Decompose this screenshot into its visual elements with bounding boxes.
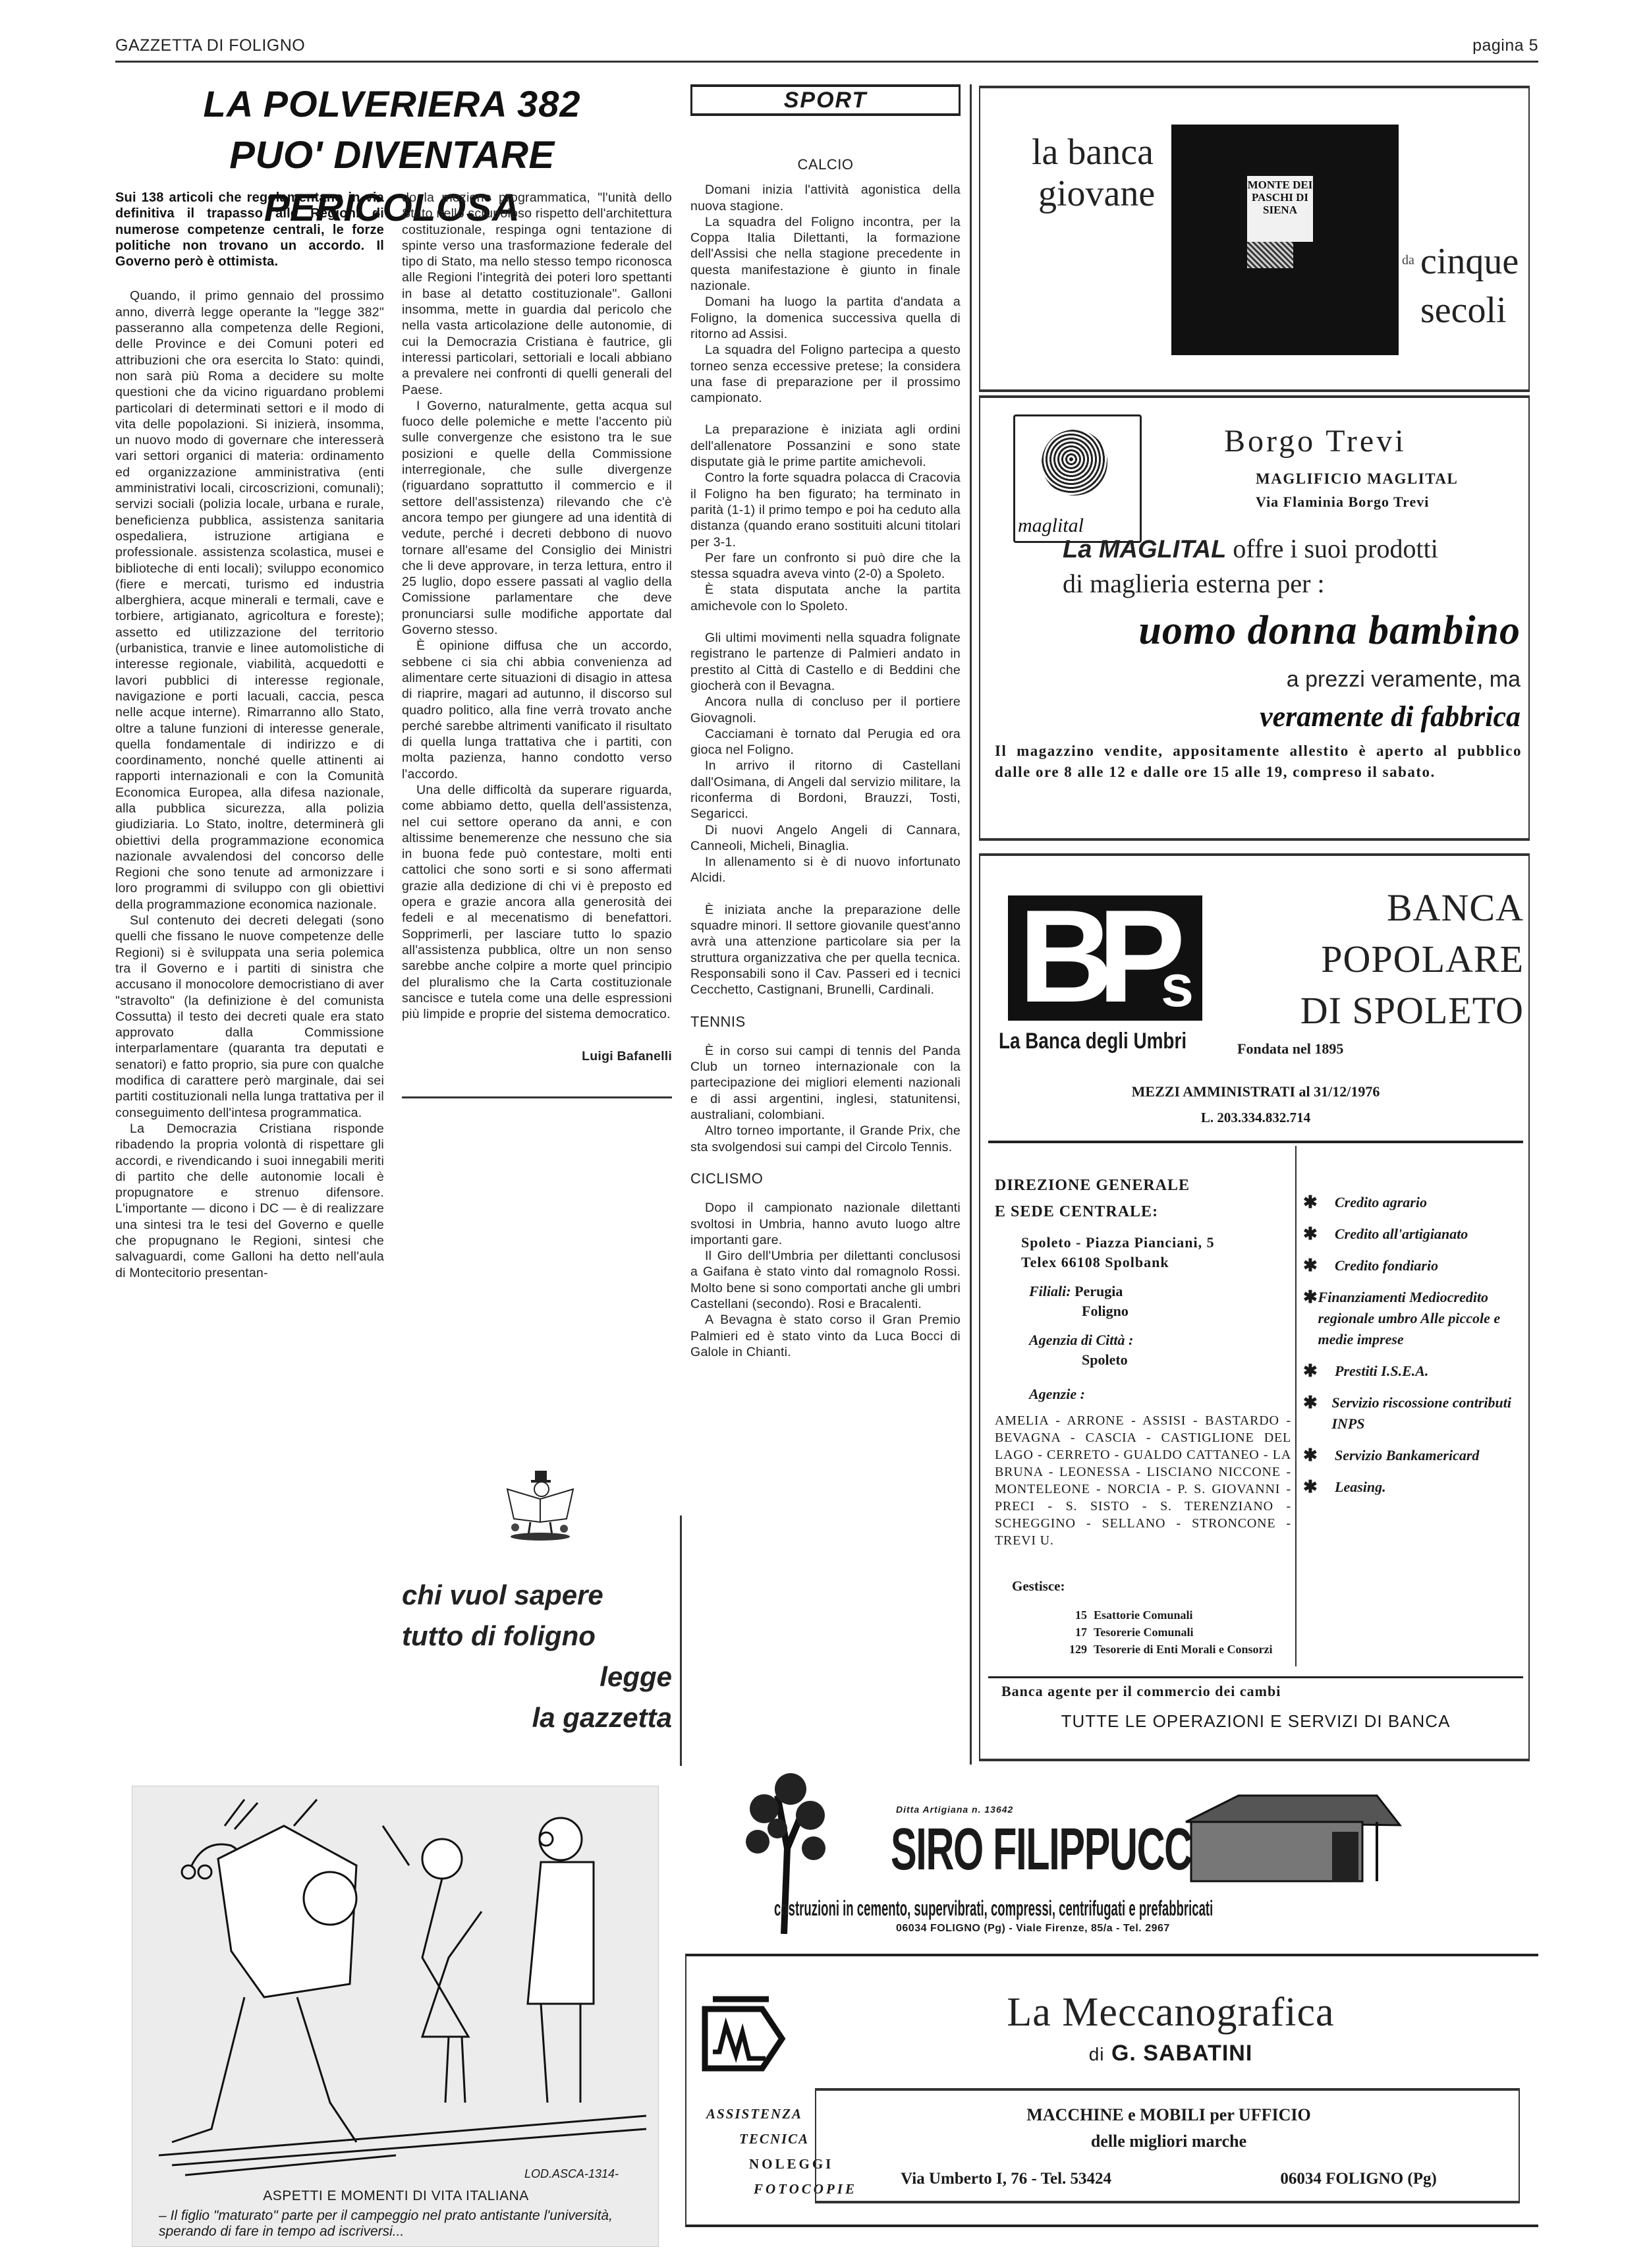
- bps-assets-label: MEZZI AMMINISTRATI al 31/12/1976: [980, 1083, 1531, 1100]
- bps-agency-towns: AMELIA - ARRONE - ASSISI - BASTARDO - BE…: [995, 1412, 1291, 1549]
- bps-hq-address: Spoleto - Piazza Pianciani, 5 Telex 6610…: [995, 1233, 1291, 1272]
- promo-slogan: chi vuol sapere tutto di foligno legge l…: [402, 1575, 672, 1738]
- newspaper-reader-icon: [501, 1469, 580, 1542]
- bps-name-line-3: DI SPOLETO: [1270, 985, 1524, 1036]
- publication-name: GAZZETTA DI FOLIGNO: [115, 36, 305, 63]
- article-author: Luigi Bafanelli: [402, 1048, 672, 1064]
- sport-paragraph: In allenamento si è di nuovo infortunato…: [690, 854, 961, 886]
- column-divider: [680, 1516, 682, 1766]
- mps-line-3: cinque: [1420, 237, 1519, 286]
- bps-rule: [988, 1676, 1523, 1678]
- bps-founded: Fondata nel 1895: [1237, 1040, 1343, 1058]
- sport-paragraph: Cacciamani è tornato dal Perugia ed ora …: [690, 726, 961, 758]
- sport-paragraph: In arrivo il ritorno di Castellani dall'…: [690, 758, 961, 822]
- calcio-heading: CALCIO: [690, 157, 961, 173]
- meccanografica-info-box: MACCHINE e MOBILI per UFFICIO delle migl…: [815, 2088, 1520, 2203]
- promo-line-4: la gazzetta: [402, 1697, 672, 1738]
- mps-line-4: secoli: [1420, 286, 1519, 335]
- sport-paragraph: Ancora nulla di concluso per il portiere…: [690, 694, 961, 726]
- bps-manages-label: Gestisce:: [995, 1578, 1291, 1595]
- sport-column: CALCIO Domani inizia l'attività agonisti…: [690, 157, 961, 1360]
- bps-manages-item: 129Tesorerie di Enti Morali e Consorzi: [1059, 1641, 1291, 1658]
- star-icon: ✱: [1303, 1361, 1335, 1382]
- sport-paragraph: Altro torneo importante, il Grande Prix,…: [690, 1123, 961, 1155]
- article-paragraph: do la mozione programmatica, "l'unità de…: [402, 190, 672, 398]
- bps-hq-address-1: Spoleto - Piazza Pianciani, 5: [1021, 1233, 1291, 1253]
- maglital-company: MAGLIFICIO MAGLITAL: [1256, 470, 1458, 488]
- bps-service-item: ✱Credito all'artigianato: [1303, 1224, 1527, 1245]
- sport-paragraph: Il Giro dell'Umbria per dilettanti concl…: [690, 1248, 961, 1312]
- maglital-prices: a prezzi veramente, ma: [1059, 667, 1521, 693]
- headline-line-1: LA POLVERIERA 382: [115, 79, 669, 129]
- meccanografica-products: MACCHINE e MOBILI per UFFICIO: [816, 2105, 1521, 2125]
- bps-service-item: ✱Servizio riscossione contributi INPS: [1303, 1392, 1527, 1434]
- sport-paragraph: Domani ha luogo la partita d'andata a Fo…: [690, 294, 961, 342]
- maglital-ad: maglital Borgo Trevi MAGLIFICIO MAGLITAL…: [979, 395, 1530, 841]
- bps-branch: Foligno: [1029, 1301, 1291, 1321]
- star-icon: ✱: [1303, 1392, 1331, 1434]
- star-icon: ✱: [1303, 1445, 1335, 1466]
- mps-bank-ad: la banca giovane MONTE DEI PASCHI DI SIE…: [979, 86, 1530, 392]
- bps-city-agency: Agenzia di Città : Spoleto: [995, 1330, 1291, 1370]
- bps-hq-telex: Telex 66108 Spolbank: [1021, 1253, 1291, 1272]
- bps-assets-value: L. 203.334.832.714: [980, 1110, 1531, 1126]
- bps-service-item: ✱Finanziamenti Mediocredito regionale um…: [1303, 1287, 1527, 1350]
- sport-paragraph: Dopo il campionato nazionale dilettanti …: [690, 1200, 961, 1248]
- bps-manages-item: 17Tesorerie Comunali: [1059, 1624, 1291, 1641]
- mps-tagline: cinque secoli: [1420, 237, 1519, 335]
- mps-logo-shadow: [1247, 242, 1293, 268]
- mps-line-1: la banca: [1032, 129, 1154, 175]
- article-paragraph: La Democrazia Cristiana risponde ribaden…: [115, 1121, 384, 1281]
- meccanografica-owner: di G. SABATINI: [822, 2041, 1520, 2066]
- bps-hq-line-1: DIREZIONE GENERALE: [995, 1172, 1291, 1199]
- mps-logo-photo: MONTE DEI PASCHI DI SIENA: [1171, 125, 1399, 355]
- article-paragraph: I Governo, naturalmente, getta acqua sul…: [402, 398, 672, 638]
- meccanografica-contact: Via Umberto I, 76 - Tel. 53424 06034 FOL…: [816, 2170, 1521, 2188]
- maglital-target-groups: uomo donna bambino: [1059, 608, 1521, 654]
- bps-tagline: La Banca degli Umbri: [999, 1029, 1186, 1054]
- mps-logo-text: MONTE DEI PASCHI DI SIENA: [1247, 176, 1313, 242]
- article-lead: Sui 138 articoli che regolamentano in vi…: [115, 190, 384, 269]
- meccanografica-brands: delle migliori marche: [816, 2132, 1521, 2151]
- sport-paragraph: A Bevagna è stato corso il Gran Premio P…: [690, 1312, 961, 1360]
- meccanografica-address: Via Umberto I, 76 - Tel. 53424: [901, 2170, 1111, 2188]
- bps-service-item: ✱Credito agrario: [1303, 1192, 1527, 1213]
- star-icon: ✱: [1303, 1287, 1318, 1350]
- editorial-cartoon: LOD.ASCA-1314- ASPETTI E MOMENTI DI VITA…: [132, 1786, 659, 2247]
- mps-da: da: [1402, 253, 1414, 268]
- sport-paragraph: La squadra del Foligno incontra, per la …: [690, 214, 961, 294]
- sport-paragraph: È stata disputata anche la partita amich…: [690, 582, 961, 614]
- bps-service-item: ✱Credito fondiario: [1303, 1255, 1527, 1276]
- bps-agencies-label: Agenzie :: [1029, 1384, 1291, 1404]
- star-icon: ✱: [1303, 1224, 1335, 1245]
- promo-line-3: legge: [402, 1657, 672, 1697]
- bps-name: BANCA POPOLARE DI SPOLETO: [1270, 882, 1524, 1036]
- meccanografica-title: La Meccanografica: [822, 1989, 1520, 2036]
- article-paragraph: È opinione diffusa che un accordo, sebbe…: [402, 638, 672, 782]
- maglital-offer-brand: La MAGLITAL: [1063, 536, 1226, 563]
- maglital-offer: La MAGLITAL offre i suoi prodotti: [1063, 533, 1438, 564]
- bps-agencies-label-wrap: Agenzie :: [995, 1384, 1291, 1404]
- yarn-ball-icon: [1042, 430, 1107, 496]
- cartoon-signature: LOD.ASCA-1314-: [524, 2167, 619, 2181]
- sport-paragraph: La preparazione è iniziata agli ordini d…: [690, 422, 961, 470]
- bps-exchange-agent: Banca agente per il commercio dei cambi: [1001, 1683, 1281, 1700]
- bps-rule: [988, 1141, 1523, 1143]
- article-column-1: Sui 138 articoli che regolamentano in vi…: [115, 190, 384, 1281]
- meccanografica-logo-icon: [700, 1993, 792, 2085]
- bps-service-item: ✱Leasing.: [1303, 1477, 1527, 1498]
- filippucci-name: SIRO FILIPPUCCI: [891, 1810, 1202, 1889]
- bps-branches: Filiali: Perugia Foligno: [995, 1282, 1291, 1321]
- bps-services: ✱Credito agrario ✱Credito all'artigianat…: [1303, 1192, 1527, 1508]
- bps-manages-list: 15Esattorie Comunali 17Tesorerie Comunal…: [995, 1606, 1291, 1658]
- sport-paragraph: È in corso sui campi di tennis del Panda…: [690, 1043, 961, 1123]
- running-header: GAZZETTA DI FOLIGNO pagina 5: [115, 36, 1538, 63]
- bps-offices: DIREZIONE GENERALE E SEDE CENTRALE: Spol…: [995, 1172, 1291, 1658]
- page-number: pagina 5: [1472, 36, 1538, 63]
- maglital-factory: veramente di fabbrica: [1059, 700, 1521, 733]
- bps-branches-label: Filiali:: [1029, 1283, 1071, 1299]
- meccanografica-city: 06034 FOLIGNO (Pg): [1280, 2170, 1437, 2188]
- filippucci-address: 06034 FOLIGNO (Pg) - Viale Firenze, 85/a…: [896, 1923, 1170, 1935]
- cartoon-caption-title: ASPETTI E MOMENTI DI VITA ITALIANA: [198, 2188, 594, 2204]
- sport-section-header: SPORT: [690, 84, 961, 116]
- promo-line-1: chi vuol sapere: [402, 1575, 672, 1616]
- tennis-heading: TENNIS: [690, 1014, 961, 1030]
- bps-name-line-1: BANCA: [1270, 882, 1524, 934]
- mps-line-2: giovane: [1038, 171, 1155, 217]
- ciclismo-heading: CICLISMO: [690, 1171, 961, 1187]
- sport-paragraph: Domani inizia l'attività agonistica dell…: [690, 182, 961, 214]
- section-rule: [402, 1096, 672, 1098]
- star-icon: ✱: [1303, 1255, 1335, 1276]
- sport-paragraph: Gli ultimi movimenti nella squadra folig…: [690, 630, 961, 694]
- maglital-offer-rest: offre i suoi prodotti: [1226, 534, 1438, 563]
- bps-manages-item: 15Esattorie Comunali: [1059, 1606, 1291, 1624]
- bps-city-agency-label: Agenzia di Città :: [1029, 1330, 1291, 1350]
- article-paragraph: Quando, il primo gennaio del prossimo an…: [115, 288, 384, 913]
- bps-branch: Perugia: [1075, 1283, 1123, 1299]
- sport-paragraph: Di nuovi Angelo Angeli di Cannara, Canne…: [690, 822, 961, 855]
- star-icon: ✱: [1303, 1192, 1335, 1213]
- bps-bank-ad: BPs La Banca degli Umbri BANCA POPOLARE …: [979, 853, 1530, 1761]
- promo-line-2: tutto di foligno: [402, 1616, 672, 1657]
- filippucci-tagline: costruzioni in cemento, supervibrati, co…: [774, 1896, 1213, 1921]
- header-rule: [115, 61, 1538, 63]
- bps-hq-line-2: E SEDE CENTRALE:: [995, 1199, 1291, 1225]
- bps-all-services: TUTTE LE OPERAZIONI E SERVIZI DI BANCA: [980, 1711, 1531, 1732]
- maglital-hours: Il magazzino vendite, appositamente alle…: [995, 741, 1522, 783]
- prefab-house-icon: [1179, 1792, 1403, 1885]
- bps-service-item: ✱Servizio Bankamericard: [1303, 1445, 1527, 1466]
- cartoon-caption-text: – Il figlio "maturato" parte per il camp…: [159, 2208, 633, 2240]
- cartoon-drawing-icon: [132, 1786, 659, 2182]
- bps-city-agency-value: Spoleto: [1029, 1350, 1291, 1370]
- filippucci-ad: Ditta Artigiana n. 13642 SIRO FILIPPUCCI…: [718, 1769, 1509, 1947]
- sport-paragraph: La squadra del Foligno partecipa a quest…: [690, 342, 961, 406]
- article-paragraph: Una delle difficoltà da superare riguard…: [402, 782, 672, 1022]
- sport-paragraph: Per fare un confronto si può dire che la…: [690, 550, 961, 582]
- sport-paragraph: Contro la forte squadra polacca di Craco…: [690, 470, 961, 550]
- gazzetta-promo: chi vuol sapere tutto di foligno legge l…: [402, 1450, 672, 1759]
- bps-service-item: ✱Prestiti I.S.E.A.: [1303, 1361, 1527, 1382]
- bps-divider: [1295, 1146, 1297, 1666]
- bps-name-line-2: POPOLARE: [1270, 934, 1524, 985]
- maglital-logo: maglital: [1013, 414, 1142, 543]
- maglital-town: Borgo Trevi: [1224, 423, 1407, 459]
- sport-paragraph: È iniziata anche la preparazione delle s…: [690, 902, 961, 998]
- bps-logo: BPs: [1008, 895, 1202, 1021]
- article-paragraph: Sul contenuto dei decreti delegati (sono…: [115, 913, 384, 1121]
- maglital-offer-line-2: di maglieria esterna per :: [1063, 568, 1325, 599]
- meccanografica-ad: ASSISTENZA TECNICA NOLEGGI FOTOCOPIE La …: [685, 1954, 1538, 2227]
- column-divider: [970, 84, 972, 1765]
- maglital-address: Via Flaminia Borgo Trevi: [1256, 494, 1429, 511]
- star-icon: ✱: [1303, 1477, 1335, 1498]
- article-column-2: do la mozione programmatica, "l'unità de…: [402, 190, 672, 1098]
